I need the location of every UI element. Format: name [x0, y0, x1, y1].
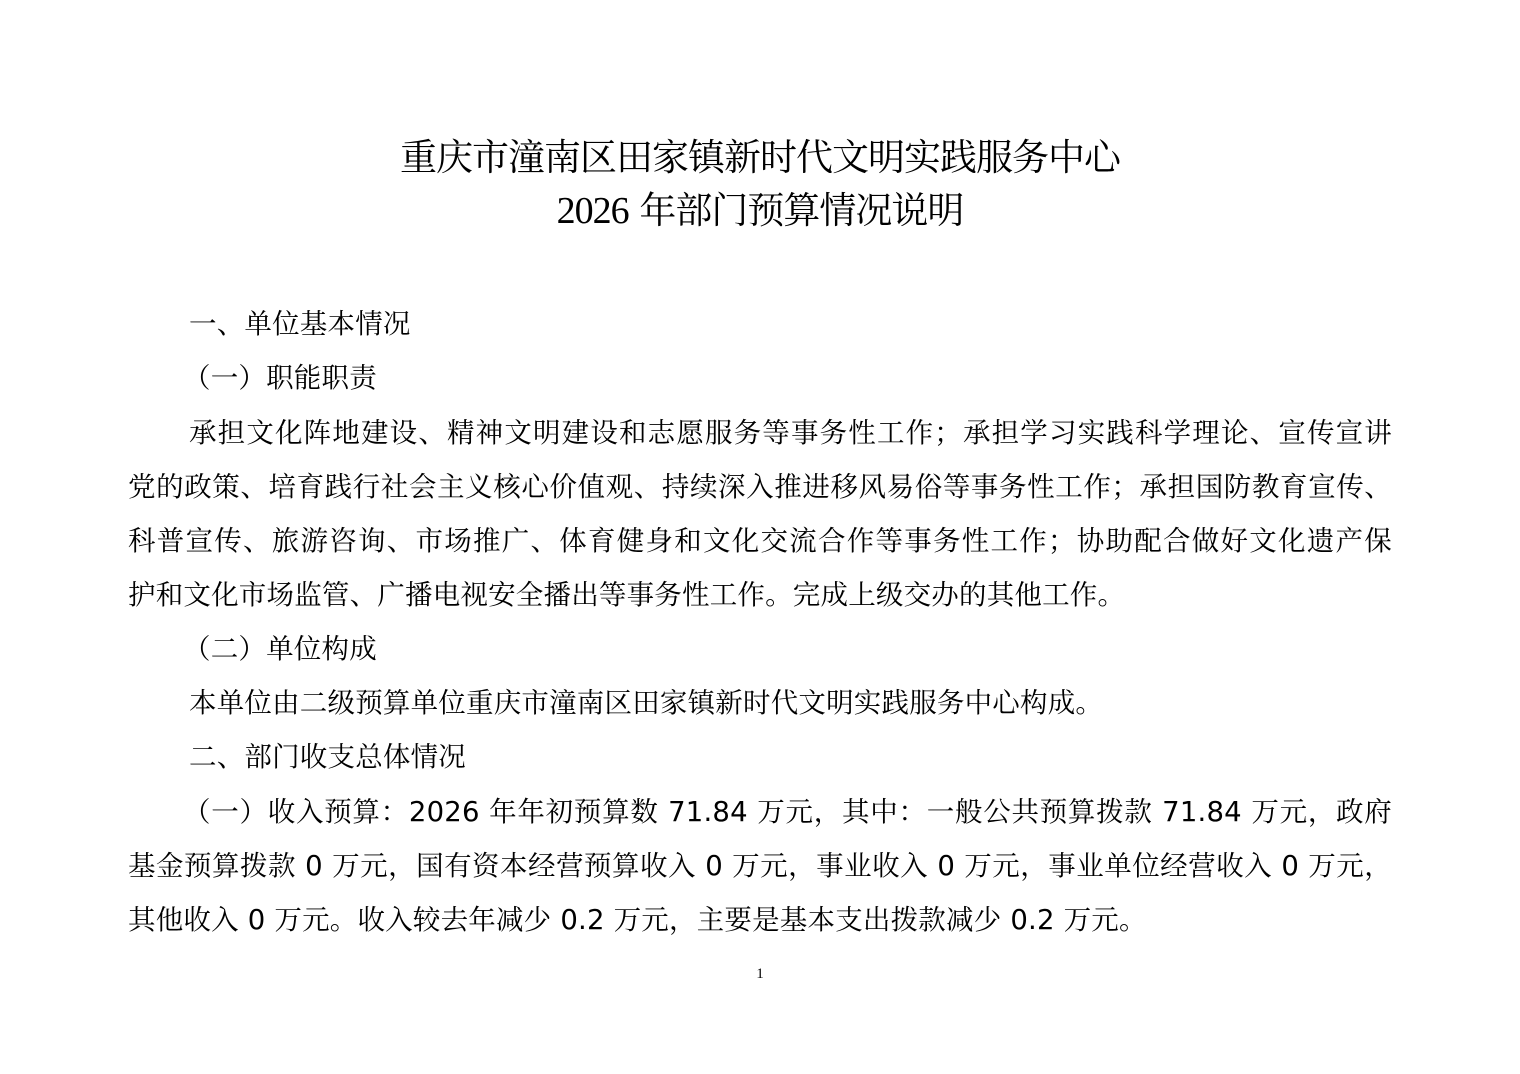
document-title-line1: 重庆市潼南区田家镇新时代文明实践服务中心 — [0, 134, 1520, 182]
document-page: 重庆市潼南区田家镇新时代文明实践服务中心 2026 年部门预算情况说明 一、单位… — [0, 0, 1520, 1074]
document-title-line2: 2026 年部门预算情况说明 — [0, 187, 1520, 235]
subsection-heading-composition: （二）单位构成 — [183, 631, 1386, 667]
page-number: 1 — [0, 966, 1520, 983]
title-subtitle: 年部门预算情况说明 — [629, 189, 964, 232]
section-heading-overall: 二、部门收支总体情况 — [189, 739, 1392, 775]
composition-paragraph: 本单位由二级预算单位重庆市潼南区田家镇新时代文明实践服务中心构成。 — [189, 685, 1392, 721]
income-paragraph-line: （一）收入预算：2026 年年初预算数 71.84 万元，其中：一般公共预算拨款… — [183, 794, 1392, 830]
income-paragraph-line: 其他收入 0 万元。收入较去年减少 0.2 万元，主要是基本支出拨款减少 0.2… — [128, 902, 1392, 938]
section-heading-basic-info: 一、单位基本情况 — [189, 306, 1392, 342]
duties-paragraph-line: 承担文化阵地建设、精神文明建设和志愿服务等事务性工作；承担学习实践科学理论、宣传… — [189, 415, 1392, 451]
income-paragraph-line: 基金预算拨款 0 万元，国有资本经营预算收入 0 万元，事业收入 0 万元，事业… — [128, 848, 1392, 884]
duties-paragraph-line: 护和文化市场监管、广播电视安全播出等事务性工作。完成上级交办的其他工作。 — [128, 577, 1392, 613]
duties-paragraph-line: 党的政策、培育践行社会主义核心价值观、持续深入推进移风易俗等事务性工作；承担国防… — [128, 469, 1392, 505]
subsection-heading-duties: （一）职能职责 — [183, 360, 1386, 396]
duties-paragraph-line: 科普宣传、旅游咨询、市场推广、体育健身和文化交流合作等事务性工作；协助配合做好文… — [128, 523, 1392, 559]
title-year: 2026 — [557, 190, 629, 232]
